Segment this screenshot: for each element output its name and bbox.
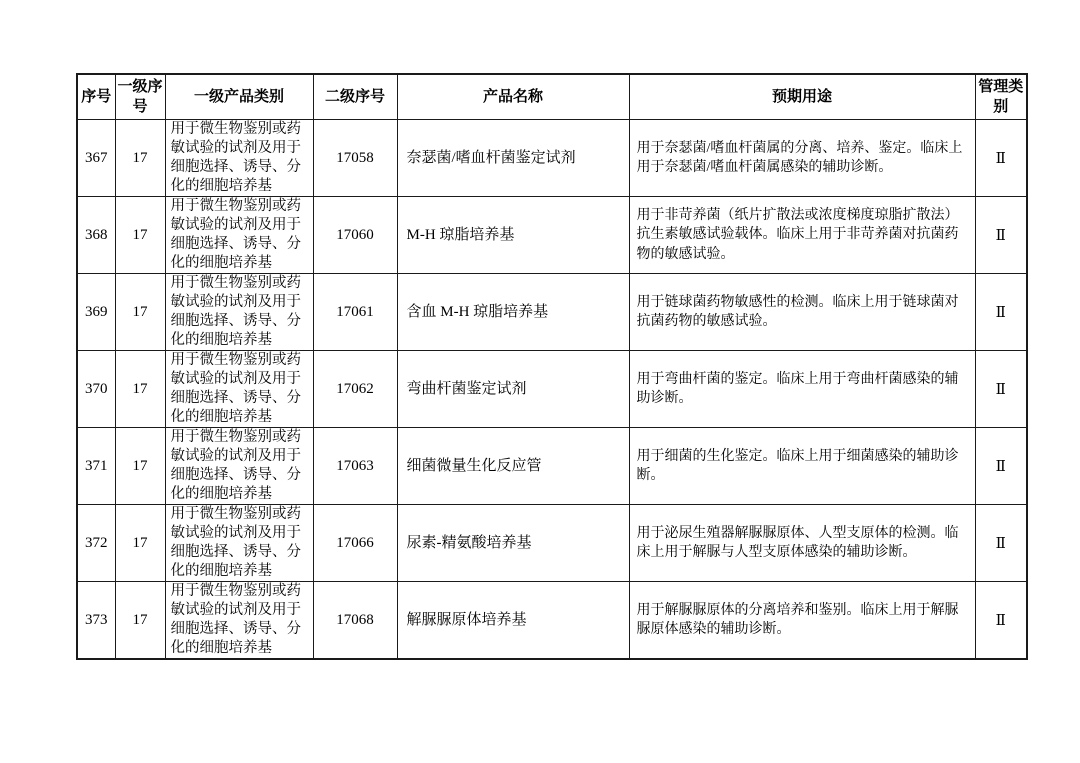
cell-serial: 372 — [77, 505, 115, 582]
col-header-level2-no: 二级序号 — [313, 74, 397, 120]
header-row: 序号 一级序号 一级产品类别 二级序号 产品名称 预期用途 管理类别 — [77, 74, 1027, 120]
col-header-category: 一级产品类别 — [165, 74, 313, 120]
cell-product-name: 解脲脲原体培养基 — [397, 582, 629, 660]
cell-level2-no: 17066 — [313, 505, 397, 582]
cell-serial: 367 — [77, 120, 115, 197]
cell-category: 用于微生物鉴别或药敏试验的试剂及用于细胞选择、诱导、分化的细胞培养基 — [165, 428, 313, 505]
cell-intended-use: 用于细菌的生化鉴定。临床上用于细菌感染的辅助诊断。 — [629, 428, 975, 505]
table-row: 372 17 用于微生物鉴别或药敏试验的试剂及用于细胞选择、诱导、分化的细胞培养… — [77, 505, 1027, 582]
cell-mgmt-class: Ⅱ — [975, 582, 1027, 660]
cell-mgmt-class: Ⅱ — [975, 351, 1027, 428]
cell-intended-use: 用于弯曲杆菌的鉴定。临床上用于弯曲杆菌感染的辅助诊断。 — [629, 351, 975, 428]
cell-mgmt-class: Ⅱ — [975, 197, 1027, 274]
cell-level1-no: 17 — [115, 120, 165, 197]
cell-intended-use: 用于解脲脲原体的分离培养和鉴别。临床上用于解脲脲原体感染的辅助诊断。 — [629, 582, 975, 660]
cell-level1-no: 17 — [115, 274, 165, 351]
cell-product-name: 奈瑟菌/嗜血杆菌鉴定试剂 — [397, 120, 629, 197]
table-row: 369 17 用于微生物鉴别或药敏试验的试剂及用于细胞选择、诱导、分化的细胞培养… — [77, 274, 1027, 351]
cell-serial: 369 — [77, 274, 115, 351]
product-classification-table: 序号 一级序号 一级产品类别 二级序号 产品名称 预期用途 管理类别 367 1… — [76, 73, 1028, 660]
cell-level1-no: 17 — [115, 197, 165, 274]
col-header-intended-use: 预期用途 — [629, 74, 975, 120]
col-header-product-name: 产品名称 — [397, 74, 629, 120]
cell-product-name: 细菌微量生化反应管 — [397, 428, 629, 505]
cell-serial: 373 — [77, 582, 115, 660]
cell-product-name: 含血 M-H 琼脂培养基 — [397, 274, 629, 351]
cell-level2-no: 17063 — [313, 428, 397, 505]
col-header-level1-no: 一级序号 — [115, 74, 165, 120]
cell-level2-no: 17058 — [313, 120, 397, 197]
table-row: 368 17 用于微生物鉴别或药敏试验的试剂及用于细胞选择、诱导、分化的细胞培养… — [77, 197, 1027, 274]
cell-mgmt-class: Ⅱ — [975, 505, 1027, 582]
table-row: 371 17 用于微生物鉴别或药敏试验的试剂及用于细胞选择、诱导、分化的细胞培养… — [77, 428, 1027, 505]
cell-product-name: M-H 琼脂培养基 — [397, 197, 629, 274]
cell-category: 用于微生物鉴别或药敏试验的试剂及用于细胞选择、诱导、分化的细胞培养基 — [165, 274, 313, 351]
cell-intended-use: 用于泌尿生殖器解脲脲原体、人型支原体的检测。临床上用于解脲与人型支原体感染的辅助… — [629, 505, 975, 582]
cell-serial: 370 — [77, 351, 115, 428]
table-row: 367 17 用于微生物鉴别或药敏试验的试剂及用于细胞选择、诱导、分化的细胞培养… — [77, 120, 1027, 197]
cell-category: 用于微生物鉴别或药敏试验的试剂及用于细胞选择、诱导、分化的细胞培养基 — [165, 120, 313, 197]
col-header-serial: 序号 — [77, 74, 115, 120]
cell-serial: 371 — [77, 428, 115, 505]
col-header-mgmt-class: 管理类别 — [975, 74, 1027, 120]
cell-level2-no: 17068 — [313, 582, 397, 660]
table-body: 367 17 用于微生物鉴别或药敏试验的试剂及用于细胞选择、诱导、分化的细胞培养… — [77, 120, 1027, 660]
cell-category: 用于微生物鉴别或药敏试验的试剂及用于细胞选择、诱导、分化的细胞培养基 — [165, 197, 313, 274]
table-row: 373 17 用于微生物鉴别或药敏试验的试剂及用于细胞选择、诱导、分化的细胞培养… — [77, 582, 1027, 660]
document-page: 序号 一级序号 一级产品类别 二级序号 产品名称 预期用途 管理类别 367 1… — [0, 0, 1080, 763]
cell-level1-no: 17 — [115, 351, 165, 428]
cell-product-name: 弯曲杆菌鉴定试剂 — [397, 351, 629, 428]
cell-category: 用于微生物鉴别或药敏试验的试剂及用于细胞选择、诱导、分化的细胞培养基 — [165, 351, 313, 428]
cell-mgmt-class: Ⅱ — [975, 120, 1027, 197]
cell-intended-use: 用于非苛养菌（纸片扩散法或浓度梯度琼脂扩散法）抗生素敏感试验载体。临床上用于非苛… — [629, 197, 975, 274]
cell-category: 用于微生物鉴别或药敏试验的试剂及用于细胞选择、诱导、分化的细胞培养基 — [165, 582, 313, 660]
cell-product-name: 尿素-精氨酸培养基 — [397, 505, 629, 582]
cell-serial: 368 — [77, 197, 115, 274]
table-row: 370 17 用于微生物鉴别或药敏试验的试剂及用于细胞选择、诱导、分化的细胞培养… — [77, 351, 1027, 428]
cell-intended-use: 用于奈瑟菌/嗜血杆菌属的分离、培养、鉴定。临床上用于奈瑟菌/嗜血杆菌属感染的辅助… — [629, 120, 975, 197]
cell-level1-no: 17 — [115, 582, 165, 660]
cell-level1-no: 17 — [115, 505, 165, 582]
cell-level1-no: 17 — [115, 428, 165, 505]
cell-category: 用于微生物鉴别或药敏试验的试剂及用于细胞选择、诱导、分化的细胞培养基 — [165, 505, 313, 582]
cell-mgmt-class: Ⅱ — [975, 274, 1027, 351]
cell-level2-no: 17062 — [313, 351, 397, 428]
cell-level2-no: 17061 — [313, 274, 397, 351]
cell-mgmt-class: Ⅱ — [975, 428, 1027, 505]
cell-level2-no: 17060 — [313, 197, 397, 274]
cell-intended-use: 用于链球菌药物敏感性的检测。临床上用于链球菌对抗菌药物的敏感试验。 — [629, 274, 975, 351]
